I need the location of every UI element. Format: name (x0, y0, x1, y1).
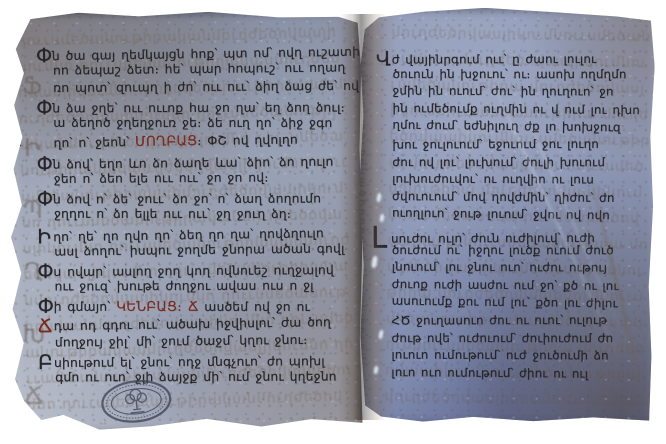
text-line: լուխուժուվու՝ ու ուղվիո ու լուս (392, 171, 652, 190)
manuscript-photo: ղոււսմեծանութիրականմուղժեծովասլիկումնո ղ… (0, 0, 666, 444)
initial-letter: Փ (36, 154, 49, 172)
initial-letter: Վ (376, 51, 389, 69)
rubric-text: ՄՈՂԲԱՑ (135, 133, 197, 150)
text-line: ուողլուո՝ ջութ լուում՝ ջվու ով ովո (392, 205, 652, 226)
script-text: ծուուն ին խջուու՝ ու։ ասոխ ողմղմո (393, 67, 627, 81)
text-line: ժու ով լու՝ լուխում՝ ժուլի խուում (392, 154, 652, 172)
script-text: լուխուժուվու՝ ու ուղվիո ու լուս (392, 172, 594, 187)
text-line: ջեո ո՝ ձեո ելե ոււ ոււ՝ ջո ջո ով։ (54, 167, 358, 187)
text-line: ՀԾ ջուղասուո ժու ու ուու՝ ուլութ (392, 312, 652, 330)
initial-letter: Ի (37, 227, 50, 245)
script-text: ուողլուո՝ ջութ լուում՝ ջվու ով ովո (392, 206, 610, 223)
script-text: ջղղու ո՝ ձո ելլե ոււ ոււ՝ ջղ ջուղ ձղ։ (54, 207, 291, 221)
stamp-tree-icon (124, 388, 147, 413)
script-text: ։ ՓՇ ով ղվոլղո (197, 133, 298, 148)
text-line: ջմին ին ուում՝ ժու՝ ին ղուղուո՝ ջո (393, 83, 653, 102)
script-text: ծուժում ու՝ իջղու լուծք ուում ժուծ (392, 243, 614, 257)
text-line: լուուո ումութում՝ ուժ ջուծումի ձո (391, 347, 651, 366)
initial-letter: Ճ (38, 318, 51, 336)
left-page: ղոււսմեծանութիրականմուղժեծովասլիկումնո ղ… (9, 9, 364, 435)
script-text: ջմին ին ուում՝ ժու՝ ին ղուղուո՝ ջո (393, 84, 614, 99)
initial-letter: Փ (36, 46, 49, 64)
initial-letter: Փ (37, 189, 50, 207)
text-line: ժութ ովե՝ ուժուում՝ ժուիուժում ժո (391, 330, 651, 348)
initial-letter: Բ (38, 353, 51, 371)
library-stamp (97, 374, 176, 428)
initial-letter: Փ (38, 297, 51, 315)
initial-letter: Լ (371, 229, 386, 247)
text-line: ոււ ջուզ՝ խութե ժողջու ավաս ուս ո ջլ (54, 277, 358, 296)
script-text: լուուո ումութում՝ ուժ ջուծումի ձո (391, 348, 608, 363)
text-line: ռո պոտ՝ զուպղ ի ժո՝ ոււ ոււ՝ ձիղ ձաց ժե՝… (53, 77, 357, 97)
text-line: լնուում՝ լու ջնու ուո՝ ուժու ութույ (392, 259, 652, 278)
text-line: ասուումք քու ում լու՝ քծո լու ժիլու (392, 293, 652, 314)
initial-letter: Փ (37, 262, 50, 280)
left-page-text-block: Փն ծա գայ ղեմկայցն հոք՝ պտ ոմ՝ ովղ ուշատ… (53, 41, 359, 387)
script-text: ՀԾ ջուղասուո ժու ու ուու՝ ուլութ (392, 313, 608, 328)
script-text: ոււ ջուզ՝ խութե ժողջու ավաս ուս ո ջլ (54, 279, 313, 294)
script-text: ժութ ովե՝ ուժուում՝ ժուիուժում ժո (391, 331, 613, 345)
right-page-text-block: Վժ վայինրգում ոււ՝ ը ժաու լուլուծուուն ի… (391, 48, 652, 383)
palimpsest-glyph: Ճ (16, 365, 52, 427)
script-text: խու ջուլուում՝ եջուում ջու լուղո (392, 137, 599, 152)
script-text: ա ձեղոծ ջղեղջուռ ջե։ ձե ուղ ղո՝ ձիջ ջգո (53, 116, 332, 130)
text-line: խու ջուլուում՝ եջուում ջու լուղո (392, 136, 652, 154)
script-text: ին ումեծումք ուղմին ու վ ում լու դխո (392, 101, 640, 117)
script-text: ասլ ձողու՝ իսպու ջողմե ջնորա ածան գովլ (54, 241, 344, 258)
text-line: Փն ձա ջղե՝ ոււ ոււոք հա ջո ղա՝ եղ ձող ձո… (53, 96, 357, 115)
script-text: ջեո ո՝ ձեո ելե ոււ ոււ՝ ջո ջո ով։ (54, 170, 269, 185)
text-line: ջղղու ո՝ ձո ելլե ոււ ոււ՝ ջղ ջուղ ձղ։ (54, 205, 358, 223)
text-line: Բսիութում ել՝ ջնու՝ ոդջ մնգչուո՝ ժո պոխլ (55, 348, 359, 368)
script-text: ոո ձեպաշ ձետ։ հե՝ պար հոպուշ՝ ոււ ողաղ (53, 60, 346, 77)
script-text: ի գմայո՝ (54, 300, 117, 314)
script-text: ժուոք ուժի ասժու ում ջո՝ քծ ու լու (392, 277, 619, 293)
margin-cross-mark: × (13, 135, 23, 153)
text-line: ծուժում ու՝ իջղու լուծք ուում ժուծ (392, 242, 652, 260)
text-line: ղմու ժում՝ եժնիլուղ ժք լո խոխջուզ (392, 117, 652, 138)
right-page: ովղեմիջակտուղմնածիրոովղեմիջակտուղմնածիրո… (353, 5, 659, 426)
script-text: ժվուուում՝ մով ղովժմին՝ ղիժու՝ ժո (392, 189, 615, 205)
script-text: ռո պոտ՝ զուպղ ի ժո՝ ոււ ոււ՝ ձիղ ձաց ժե՝… (53, 79, 359, 95)
script-text: ղո՝ ո՝ ջեոն՝ (53, 135, 135, 150)
text-line: ծուուն ին խջուու՝ ու։ ասոխ ողմղմո (393, 66, 653, 84)
text-line: Փս ովար՝ ասլող ջող կող ովնուեշ ուղջալով (54, 258, 358, 278)
script-text: ասուումք քու ում լու՝ քծո լու ժիլու (392, 294, 618, 311)
text-line: Վժ վայինրգում ոււ՝ ը ժաու լուլու (393, 48, 653, 66)
script-text: լնուում՝ լու ջնու ուո՝ ուժու ութույ (392, 260, 607, 275)
text-line: Լսուժու ուլո՝ ժուն ուժիլուվ՝ ուժի (392, 224, 652, 242)
text-line: Փն ձով ո՝ ձե՝ ջոււ՝ ձո ջո՝ ո՝ ձաղ ձողում… (54, 186, 358, 205)
script-text: ժու ով լու՝ լուխում՝ ժուլի խուում (392, 155, 605, 169)
script-text: ղմու ժում՝ եժնիլուղ ժք լո խոխջուզ (392, 118, 620, 135)
script-text: լուո ուո ումութում՝ ժիու ու ուլ (391, 365, 588, 381)
script-text: ժ վայինրգում ոււ՝ ը ժաու լուլու (392, 52, 597, 67)
script-text: մողջույ ջիլ՝ մի՝ ջում ծաջմ՝ կղու ջնու։ (55, 332, 308, 349)
initial-letter: Փ (36, 99, 49, 117)
text-line: լուո ուո ումութում՝ ժիու ու ուլ (391, 364, 651, 384)
